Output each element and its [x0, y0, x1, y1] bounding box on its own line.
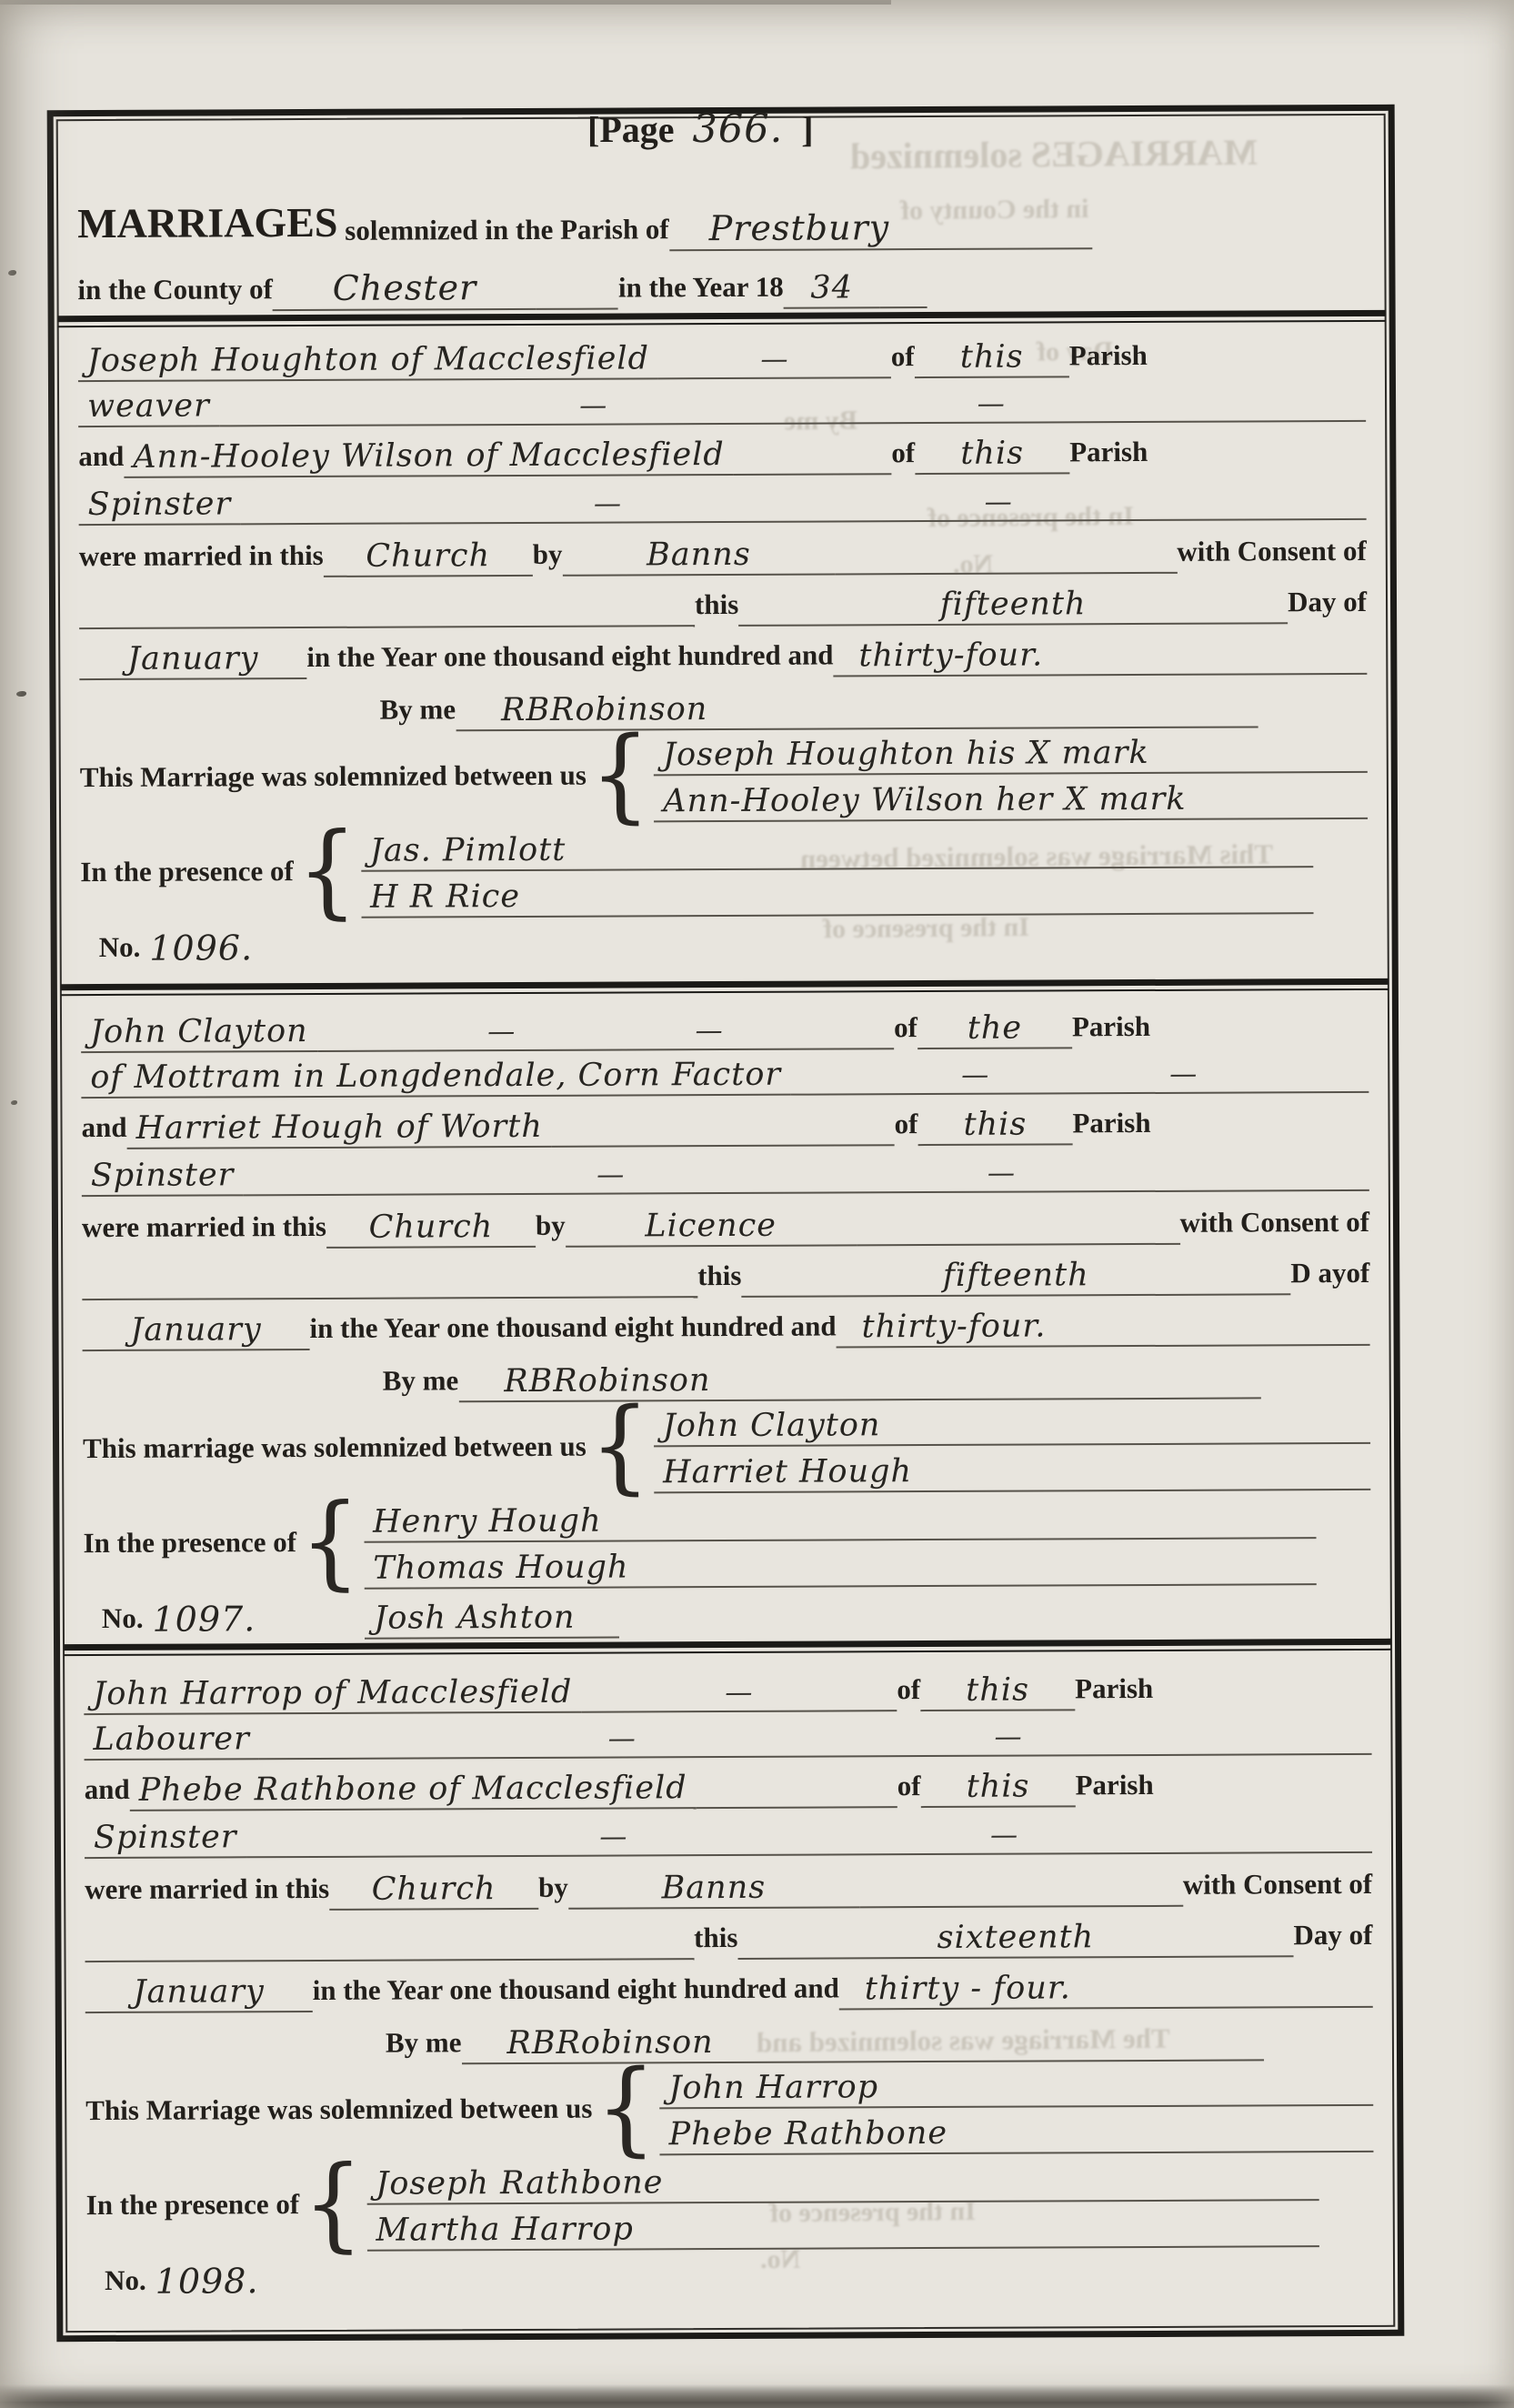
groom-name-handwritten: John Clayton	[81, 1015, 317, 1053]
witnesses-row: In the presence of { Joseph Rathbone Mar…	[85, 2155, 1373, 2255]
bride-line: and Phebe Rathbone of Macclesfield of th…	[85, 1755, 1372, 1811]
day-of-label: D ayof	[1290, 1257, 1369, 1295]
parish-fill-handwritten: this	[915, 437, 1069, 475]
pen-dash: —	[590, 1822, 637, 1855]
day-of-label: Day of	[1293, 1919, 1372, 1957]
of-label: of	[891, 436, 915, 475]
bride-signature: Ann-Hooley Wilson her X mark	[654, 782, 1368, 822]
number-label: No.	[99, 931, 141, 969]
this-label: this	[694, 1921, 737, 1960]
bride-signature: Phebe Rathbone	[660, 2115, 1374, 2155]
bride-line: and Harriet Hough of Worth of this Paris…	[81, 1093, 1369, 1149]
number-label: No.	[105, 2264, 146, 2303]
method-handwritten: Licence	[566, 1209, 857, 1248]
condition-handwritten: Spinster	[78, 488, 240, 527]
day-line: this sixteenth Day of	[85, 1906, 1372, 1962]
year-words-label: in the Year one thousand eight hundred a…	[313, 1972, 839, 2012]
bride-name-handwritten: Phebe Rathbone of Macclesfield	[130, 1771, 697, 1811]
bride-name-handwritten: Ann-Hooley Wilson of Macclesfield	[124, 438, 734, 478]
occupation-handwritten: Labourer	[84, 1722, 258, 1761]
solemnized-row: This Marriage was solemnized between us …	[80, 727, 1368, 828]
month-handwritten: January	[82, 1313, 309, 1351]
pen-dash: —	[751, 345, 797, 377]
place-handwritten: Church	[329, 1872, 538, 1911]
curly-brace: {	[303, 2158, 364, 2256]
groom-name-handwritten: John Harrop of Macclesfield	[84, 1676, 581, 1715]
parish-fill-handwritten: this	[915, 341, 1069, 378]
by-label: by	[533, 538, 563, 577]
day-line: this fifteenth Day of	[79, 573, 1367, 629]
bride-name-handwritten: Harriet Hough of Worth	[126, 1110, 552, 1149]
pen-dash: —	[478, 1017, 525, 1049]
section-divider-rule	[58, 310, 1386, 327]
parish-name-handwritten: Prestbury	[700, 210, 899, 249]
by-me-label: By me	[383, 1365, 459, 1403]
day-handwritten: sixteenth	[928, 1921, 1104, 1957]
month-handwritten: January	[79, 642, 306, 680]
of-label: of	[894, 1108, 917, 1146]
groom-signature: John Harrop	[659, 2069, 1373, 2109]
witness-signature: Joseph Rathbone	[366, 2163, 1319, 2204]
witness-signature: Henry Hough	[364, 1501, 1317, 1542]
this-label: this	[697, 1259, 741, 1298]
witness-signature: Jas. Pimlott	[361, 830, 1314, 871]
page-label: [Page 366. ]	[587, 109, 823, 156]
place-handwritten: Church	[324, 539, 533, 577]
page-number-handwritten: 366.	[684, 109, 793, 152]
solemnized-label: This marriage was solemnized between us	[83, 1430, 587, 1470]
married-label: were married in this	[79, 539, 324, 578]
register-header: MARRIAGES solemnized in the Parish of Pr…	[77, 190, 1366, 312]
day-line: this fifteenth D ayof	[82, 1244, 1369, 1300]
ink-speck	[11, 1100, 17, 1105]
page-label-open: [Page	[587, 109, 675, 156]
officiant-line: By me RBRobinson	[79, 675, 1367, 733]
marriage-entry-1098: John Harrop of Macclesfield — of this Pa…	[84, 1662, 1374, 2303]
bride-signature: Harriet Hough	[654, 1453, 1370, 1493]
pen-dash: —	[985, 1722, 1031, 1755]
witnesses-row: In the presence of { Jas. Pimlott H R Ri…	[80, 822, 1368, 922]
day-handwritten: fifteenth	[934, 1259, 1098, 1295]
parish-label: Parish	[1069, 436, 1148, 474]
presence-label: In the presence of	[83, 1526, 296, 1565]
officiant-line: By me RBRobinson	[85, 2008, 1373, 2066]
day-handwritten: fifteenth	[931, 587, 1096, 624]
pen-dash: —	[976, 487, 1022, 520]
pen-dash: —	[952, 1060, 998, 1093]
month-handwritten: January	[85, 1975, 313, 2013]
curly-brace: {	[300, 1496, 361, 1594]
ink-speck	[8, 270, 16, 276]
by-me-label: By me	[379, 694, 456, 732]
married-line: were married in this Church by Banns wit…	[79, 520, 1367, 578]
officiant-line: By me RBRobinson	[83, 1346, 1370, 1404]
parish-label: Parish	[1069, 339, 1148, 377]
condition-line: Spinster — —	[82, 1144, 1369, 1197]
parish-fill-handwritten: this	[917, 1109, 1072, 1146]
groom-line: John Clayton — — of the Parish	[81, 1000, 1369, 1053]
parish-label: Parish	[1075, 1769, 1153, 1807]
and-label: and	[85, 1773, 130, 1811]
and-label: and	[78, 440, 124, 478]
witness-signature: H R Rice	[361, 877, 1314, 918]
pen-dash: —	[570, 391, 617, 424]
consent-label: with Consent of	[1180, 1206, 1370, 1245]
groom-line: Joseph Houghton of Macclesfield — of thi…	[78, 329, 1366, 382]
header-line-2: in the County of Chester in the Year 18 …	[77, 248, 1365, 312]
solemnized-label: This Marriage was solemnized between us	[85, 2092, 592, 2132]
solemnized-row: This marriage was solemnized between us …	[83, 1399, 1370, 1499]
month-year-line: January in the Year one thousand eight h…	[82, 1295, 1369, 1351]
method-handwritten: Banns	[568, 1871, 859, 1910]
year-words-handwritten: thirty-four.	[853, 1310, 1056, 1347]
entry-number-handwritten: 1097.	[143, 1601, 265, 1640]
married-line: were married in this Church by Licence w…	[82, 1191, 1369, 1249]
witness-signature: Martha Harrop	[366, 2210, 1319, 2251]
curly-brace: {	[590, 1400, 651, 1499]
year-words-label: in the Year one thousand eight hundred a…	[309, 1310, 836, 1350]
condition-line: Spinster — —	[78, 473, 1366, 526]
condition-handwritten: Spinster	[85, 1821, 246, 1860]
year-handwritten: 34	[784, 272, 880, 309]
scan-top-edge	[0, 0, 891, 5]
pen-dash: —	[585, 489, 631, 522]
by-me-label: By me	[386, 2027, 462, 2065]
occupation-line: of Mottram in Longdendale, Corn Factor —…	[81, 1048, 1369, 1099]
pen-dash: —	[716, 1678, 762, 1711]
pen-dash: —	[1160, 1059, 1207, 1092]
of-label: of	[891, 340, 915, 378]
month-year-line: January in the Year one thousand eight h…	[79, 624, 1367, 680]
method-handwritten: Banns	[562, 538, 835, 577]
witness-signature: Josh Ashton	[365, 1601, 619, 1640]
condition-line: Spinster — —	[85, 1806, 1372, 1859]
entry-number-row: No. 1096.	[81, 917, 1369, 969]
page-label-close: ]	[801, 109, 813, 156]
entry-number-handwritten: 1098.	[146, 2263, 268, 2302]
groom-signature: Joseph Houghton his X mark	[654, 736, 1368, 776]
year-words-handwritten: thirty-four.	[849, 639, 1052, 676]
register-frame: MARRIAGES solemnized in the Parish of Pr…	[47, 105, 1405, 2342]
parish-fill-handwritten: the	[917, 1012, 1072, 1049]
year-words-label: in the Year one thousand eight hundred a…	[306, 639, 833, 679]
parish-label: Parish	[1072, 1010, 1150, 1048]
pen-dash: —	[587, 1160, 634, 1193]
by-label: by	[536, 1209, 566, 1248]
entry-divider-rule	[61, 978, 1389, 996]
of-label: of	[897, 1673, 920, 1711]
curly-brace: {	[596, 2062, 657, 2161]
header-line-1: MARRIAGES solemnized in the Parish of Pr…	[77, 190, 1365, 254]
register-page-scan: MARRIAGES solemnized in the County of Da…	[0, 0, 1514, 2408]
groom-name-handwritten: Joseph Houghton of Macclesfield	[78, 343, 658, 383]
entry-number-row: No. 1097. Josh Ashton	[84, 1588, 1371, 1640]
married-line: were married in this Church by Banns wit…	[85, 1853, 1372, 1911]
county-label: in the County of	[77, 274, 273, 313]
year-label: in the Year 18	[618, 271, 784, 309]
ink-speck	[16, 691, 26, 697]
solemnized-label: This Marriage was solemnized between us	[80, 759, 587, 799]
presence-label: In the presence of	[80, 855, 294, 894]
of-label: of	[894, 1011, 917, 1049]
witnesses-row: In the presence of { Henry Hough Thomas …	[83, 1493, 1370, 1593]
occupation-handwritten: of Mottram in Longdendale, Corn Factor	[81, 1059, 790, 1099]
pen-dash: —	[981, 1821, 1028, 1853]
county-name-handwritten: Chester	[273, 270, 536, 311]
occupation-line: Labourer — —	[84, 1710, 1371, 1761]
occupation-handwritten: weaver	[78, 390, 219, 427]
presence-label: In the presence of	[86, 2188, 300, 2227]
bride-line: and Ann-Hooley Wilson of Macclesfield of…	[78, 422, 1366, 478]
marriage-entry-1096: Joseph Houghton of Macclesfield — of thi…	[78, 329, 1369, 969]
header-title: MARRIAGES	[77, 199, 338, 254]
scan-bottom-edge	[0, 2402, 1514, 2408]
entry-number-row: No. 1098.	[86, 2250, 1374, 2303]
parish-fill-handwritten: this	[921, 1771, 1076, 1808]
pen-dash: —	[968, 389, 1015, 422]
groom-line: John Harrop of Macclesfield — of this Pa…	[84, 1662, 1371, 1715]
pen-dash: —	[599, 1724, 646, 1757]
pen-dash: —	[978, 1159, 1025, 1191]
married-label: were married in this	[85, 1872, 329, 1911]
by-label: by	[538, 1871, 568, 1910]
and-label: and	[81, 1111, 126, 1149]
day-of-label: Day of	[1288, 586, 1367, 624]
occupation-line: weaver — —	[78, 376, 1366, 427]
this-label: this	[695, 588, 738, 627]
entry-number-handwritten: 1096.	[140, 930, 262, 968]
condition-handwritten: Spinster	[82, 1159, 244, 1198]
place-handwritten: Church	[326, 1210, 536, 1249]
witness-signature: Thomas Hough	[364, 1548, 1317, 1589]
parish-fill-handwritten: this	[920, 1674, 1075, 1711]
parish-label: Parish	[1075, 1672, 1153, 1711]
consent-label: with Consent of	[1177, 535, 1367, 574]
consent-label: with Consent of	[1183, 1868, 1373, 1907]
married-label: were married in this	[82, 1210, 326, 1249]
of-label: of	[897, 1770, 921, 1808]
number-label: No.	[102, 1602, 144, 1640]
year-words-handwritten: thirty - four.	[856, 1972, 1080, 2009]
marriage-entry-1097: John Clayton — — of the Parish of Mottra…	[81, 1000, 1371, 1640]
groom-signature: John Clayton	[654, 1407, 1370, 1447]
header-line1-text: solemnized in the Parish of	[337, 214, 668, 253]
parish-label: Parish	[1072, 1107, 1150, 1145]
solemnized-row: This Marriage was solemnized between us …	[85, 2061, 1373, 2161]
entry-divider-rule	[64, 1639, 1391, 1656]
pen-dash: —	[687, 1016, 733, 1048]
curly-brace: {	[297, 825, 358, 923]
month-year-line: January in the Year one thousand eight h…	[85, 1957, 1373, 2013]
curly-brace: {	[590, 729, 651, 828]
